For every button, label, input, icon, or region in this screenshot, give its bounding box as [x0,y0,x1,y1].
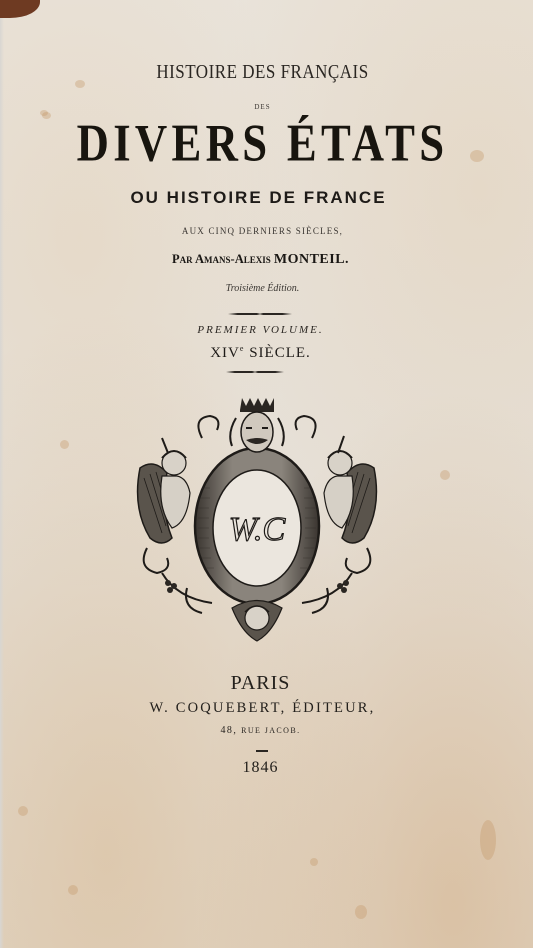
address-street: RUE JACOB. [241,726,300,735]
foxing-spot [18,806,28,816]
foxing-spot [68,885,78,895]
printer-device-emblem: W.C [132,398,382,643]
imprint-address: 48, RUE JACOB. [0,725,527,736]
book-page: HISTOIRE DES FRANÇAIS DES DIVERS ÉTATS O… [0,0,533,948]
page-edge [0,18,4,948]
cherub-head-icon [232,601,282,642]
century-numeral: XIV [210,345,240,361]
imprint-rule [256,750,268,752]
foxing-spot [60,440,69,449]
ornamental-rule-bottom [226,371,284,373]
subtitle: AUX CINQ DERNIERS SIÈCLES, [0,226,529,236]
series-title: HISTOIRE DES FRANÇAIS [0,61,529,84]
century-word: SIÈCLE. [249,345,311,361]
address-number: 48, [221,725,238,736]
century-superscript: e [240,344,245,353]
imprint-year: 1846 [0,759,527,777]
author-surname: MONTEIL. [274,252,349,267]
monogram-text: W.C [229,511,286,548]
century-label: XIVe SIÈCLE. [0,344,527,362]
main-title: DIVERS ÉTATS [33,117,491,170]
author-prefix: Par Amans-Alexis [172,252,271,266]
ornamental-rule-top [228,313,292,315]
binding-corner [0,0,40,18]
foxing-spot [480,820,496,860]
left-cherub-icon [161,438,190,528]
right-cherub-icon [324,436,353,528]
imprint-publisher: W. COQUEBERT, ÉDITEUR, [0,700,529,717]
imprint-city: PARIS [0,672,527,695]
foxing-spot [440,470,450,480]
author-line: Par Amans-Alexis MONTEIL. [0,252,527,268]
crowned-head-icon [230,398,284,452]
alternate-title: OU HISTOIRE DE FRANCE [0,188,525,208]
foxing-spot [310,858,318,866]
volume-label: PREMIER VOLUME. [0,324,527,336]
edition-note: Troisième Édition. [0,283,529,294]
connector-word: DES [0,103,529,111]
foxing-spot [355,905,367,919]
